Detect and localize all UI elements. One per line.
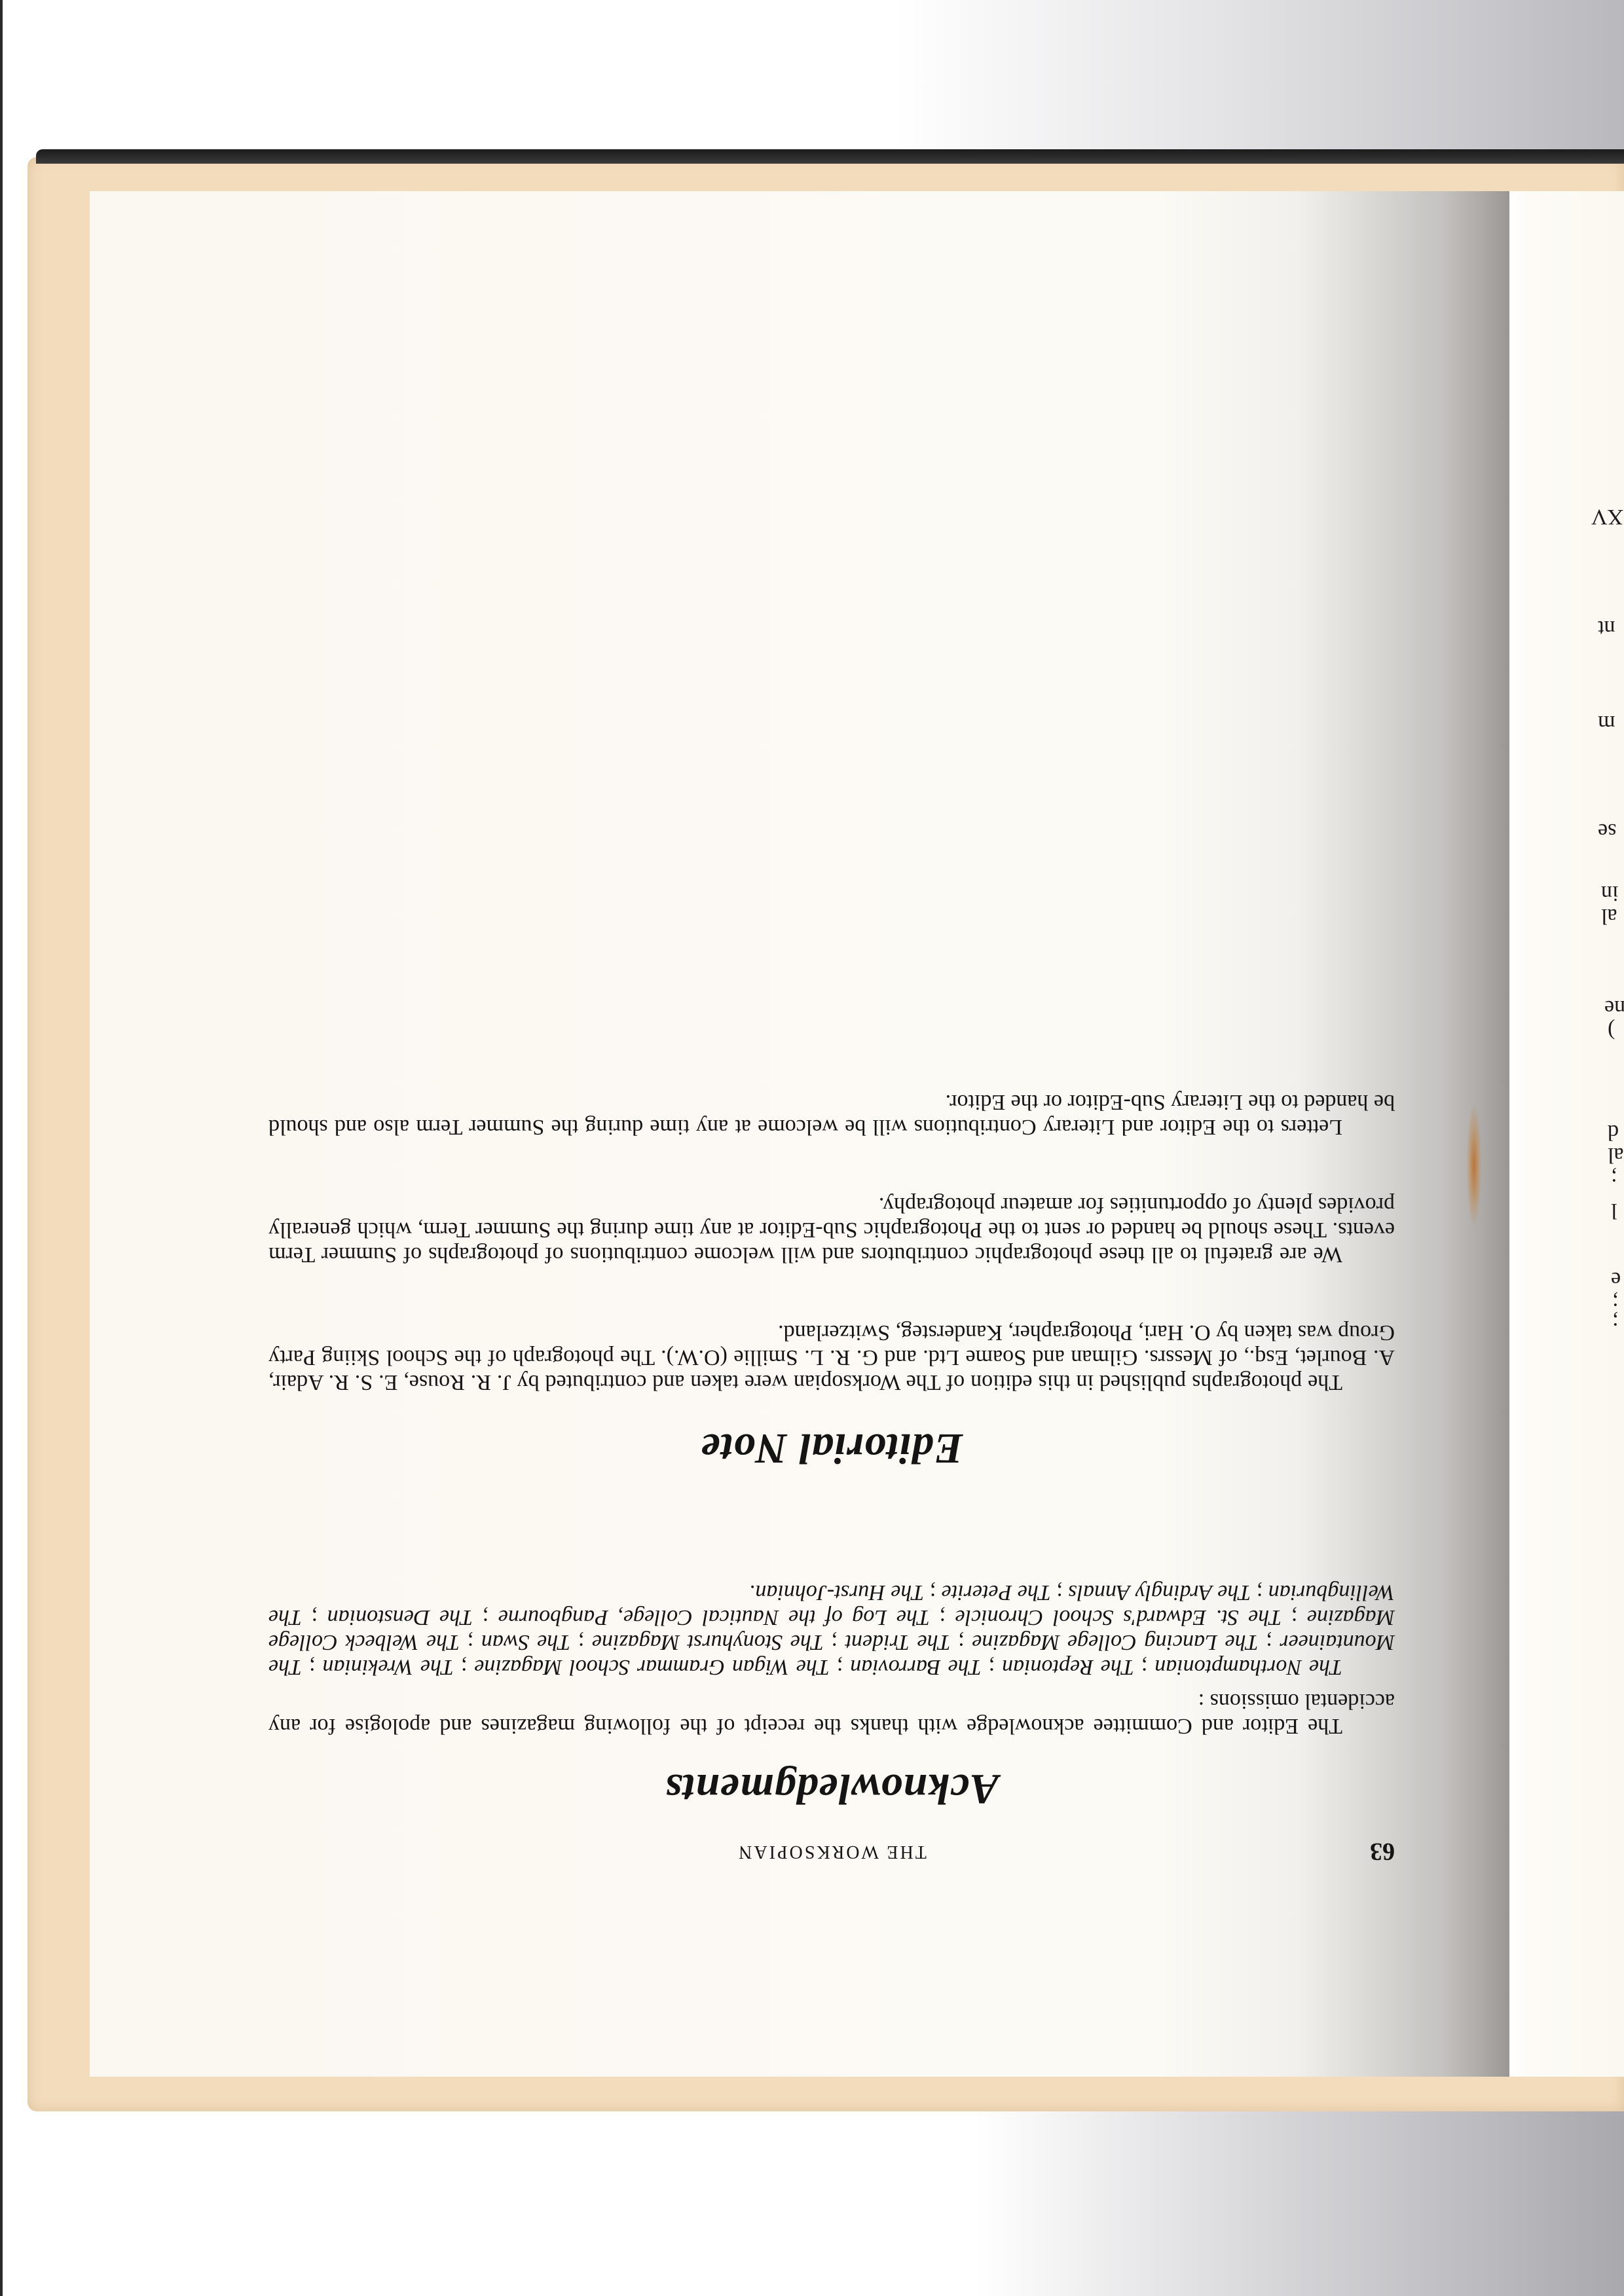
magazine-title: The Wigan Grammar School Magazine (474, 1655, 830, 1679)
magazine-list: The Northamptonian ; The Reptonian ; The… (268, 1580, 1395, 1679)
adjacent-page (1509, 191, 1624, 2077)
adjacent-fragment: al (1608, 1142, 1624, 1167)
editorial-paragraph: Letters to the Editor and Literary Contr… (268, 1089, 1395, 1139)
magazine-title: The Reptonian (1002, 1655, 1134, 1679)
magazine-title: The Wrekinian (322, 1655, 453, 1679)
list-separator: ; (302, 1655, 322, 1679)
adjacent-fragment: ne (1604, 995, 1624, 1020)
magazine-title: The Hurst-Johnian (755, 1580, 924, 1605)
list-separator: ; (824, 1630, 845, 1654)
list-separator: ; (460, 1630, 481, 1654)
list-separator: ; (1282, 1605, 1307, 1630)
running-head: THE WORKSOPIAN 63 (268, 1840, 1395, 1866)
magazine-title: The Stonyhurst Magazine (592, 1630, 824, 1654)
magazine-title: The St. Edward's School Chronicle (955, 1605, 1282, 1630)
editorial-note-heading: Editorial Note (268, 1423, 1395, 1473)
cover-edge (36, 149, 1624, 164)
list-separator: ; (924, 1580, 941, 1605)
running-title: THE WORKSOPIAN (268, 1841, 1395, 1862)
adjacent-fragment: ) (1608, 1018, 1615, 1043)
magazine-title: The Swan (481, 1630, 570, 1654)
magazine-title: The Ardingly Annals (1068, 1580, 1251, 1605)
list-separator: ; (302, 1605, 327, 1630)
acknowledgments-intro: The Editor and Committee acknowledge wit… (268, 1688, 1395, 1738)
scanner-background-top (0, 0, 1624, 151)
adjacent-fragment: d (1608, 1120, 1619, 1144)
list-separator: ; (473, 1605, 498, 1630)
adjacent-fragment: XV (1591, 504, 1623, 529)
adjacent-fragment: in (1601, 881, 1618, 905)
magazine-title: The Peterite (942, 1580, 1051, 1605)
page-number: 63 (1370, 1837, 1395, 1866)
adjacent-fragment: e (1611, 1267, 1621, 1292)
magazine-title: The Barrovian (850, 1655, 981, 1679)
list-separator: ; (1134, 1655, 1154, 1679)
adjacent-fragment: ; (1612, 1309, 1618, 1334)
adjacent-fragment: se (1598, 818, 1616, 843)
adjacent-fragment: l (1611, 1198, 1617, 1223)
magazine-title: The Northamptonian (1154, 1655, 1342, 1679)
editorial-paragraph: We are grateful to all these photographi… (268, 1192, 1395, 1267)
editorial-paragraph: The photographs published in this editio… (268, 1320, 1395, 1394)
adjacent-fragment: m (1598, 710, 1615, 735)
list-separator: ; (570, 1630, 592, 1654)
magazine-title: The Denstonian (327, 1605, 473, 1630)
list-separator: ; (830, 1655, 850, 1679)
list-separator: ; (454, 1655, 474, 1679)
list-separator: ; (930, 1605, 955, 1630)
page-content: THE WORKSOPIAN 63 Acknowledgments The Ed… (268, 962, 1395, 1866)
acknowledgments-heading: Acknowledgments (268, 1764, 1395, 1813)
list-separator: ; (982, 1655, 1002, 1679)
list-separator: ; (951, 1630, 972, 1654)
list-separator: ; (1259, 1630, 1280, 1654)
adjacent-fragment: nt (1598, 615, 1615, 640)
magazine-title: The Trident (845, 1630, 951, 1654)
list-separator: . (750, 1580, 756, 1605)
scanner-background-bottom (0, 2105, 1624, 2296)
scan-edge-line (0, 0, 3, 2296)
magazine-title: The Lancing College Magazine (972, 1630, 1258, 1654)
adjacent-fragment: al (1601, 903, 1617, 928)
list-separator: ; (1051, 1580, 1068, 1605)
list-separator: ; (1251, 1580, 1268, 1605)
magazine-title: The Log of the Nautical College, Pangbou… (498, 1605, 930, 1630)
adjacent-fragment: ; (1611, 1165, 1617, 1190)
rust-stain (1467, 1106, 1481, 1224)
